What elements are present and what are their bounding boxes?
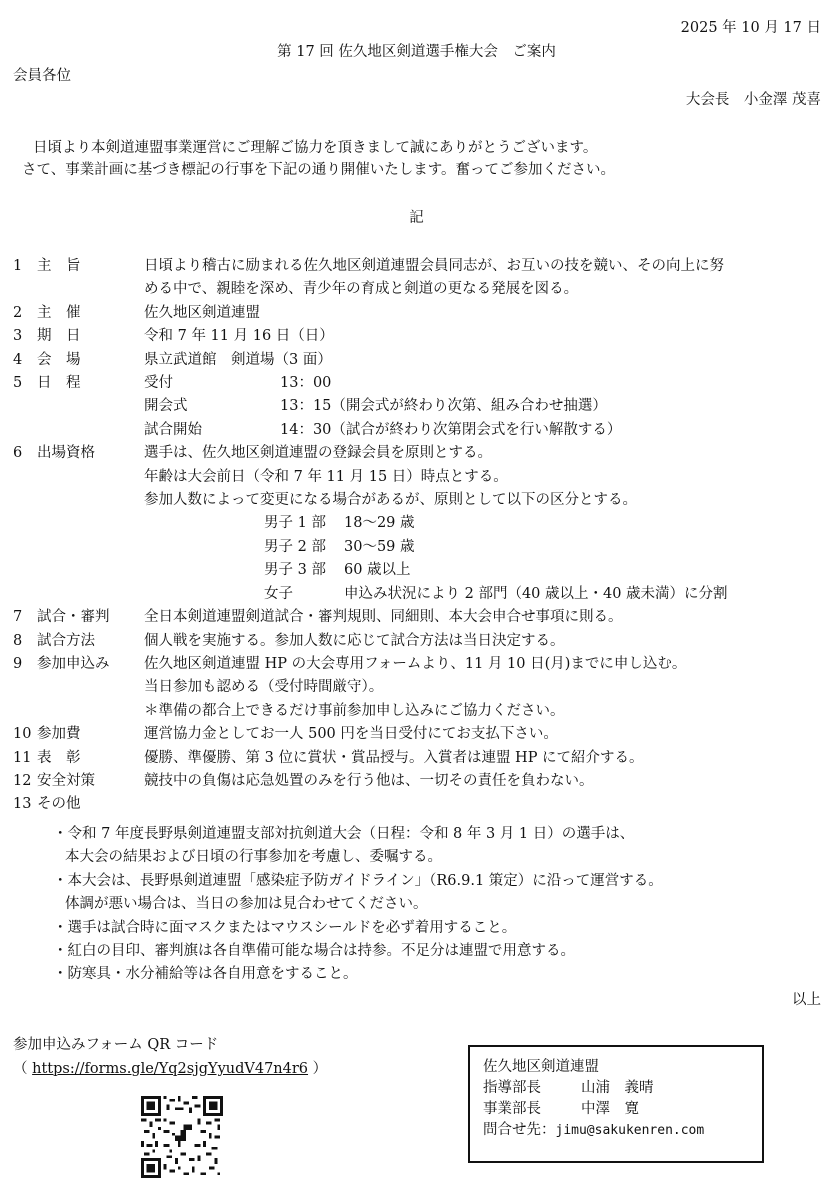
division-row: 女子申込み状況により 2 部門（40 歳以上・40 歳未満）に分割 (144, 583, 828, 606)
greeting-line-2: さて、事業計画に基づき標記の行事を下記の通り開催いたします。奮ってご参加ください… (22, 160, 615, 180)
item-label: 安全対策 (37, 770, 95, 793)
schedule-row: 試合開始14：30（試合が終わり次第閉会式を行い解散する） (144, 419, 828, 442)
item-number: 11 (13, 747, 35, 770)
contact-name: 中澤 寛 (581, 1101, 639, 1117)
item-text: 運営協力金としてお一人 500 円を当日受付にてお支払下さい。 (144, 723, 828, 746)
qr-label: 参加申込みフォーム QR コード (13, 1035, 218, 1055)
item-number: 13 (13, 793, 35, 816)
schedule-name: 受付 (144, 372, 280, 395)
item-number: 10 (13, 723, 35, 746)
item-text: ＊準備の都合上できるだけ事前参加申し込みにご協力ください。 (144, 700, 828, 723)
item-application: 9 参加申込み 佐久地区剣道連盟 HP の大会専用フォームより、11 月 10 … (13, 653, 828, 723)
item-text: 日頃より稽古に励まれる佐久地区剣道連盟会員同志が、お互いの技を競い、その向上に努 (144, 255, 828, 278)
item-fee: 10 参加費 運営協力金としてお一人 500 円を当日受付にてお支払下さい。 (13, 723, 828, 746)
schedule-time: 13：15（開会式が終わり次第、組み合わせ抽選） (280, 398, 607, 414)
schedule-name: 試合開始 (144, 419, 280, 442)
qr-url-line: （ https://forms.gle/Yq2sjgYyudV47n4r6 ） (13, 1059, 327, 1079)
qr-code-icon[interactable] (141, 1096, 223, 1178)
contact-row: 事業部長中澤 寛 (483, 1099, 639, 1119)
contact-row: 指導部長山浦 義晴 (483, 1078, 654, 1098)
item-number: 9 (13, 653, 35, 676)
note-line-cont: 体調が悪い場合は、当日の参加は見合わせてください。 (53, 893, 663, 916)
item-label: 参加費 (37, 723, 81, 746)
ki-heading: 記 (0, 208, 833, 228)
item-purpose: 1 主 旨 日頃より稽古に励まれる佐久地区剣道連盟会員同志が、お互いの技を競い、… (13, 255, 828, 302)
division-value: 30〜59 歳 (344, 539, 415, 555)
contact-role: 指導部長 (483, 1078, 581, 1098)
closing-mark: 以上 (792, 990, 821, 1010)
item-date: 3 期 日 令和 7 年 11 月 16 日（日） (13, 325, 828, 348)
item-text: 個人戦を実施する。参加人数に応じて試合方法は当日決定する。 (144, 630, 828, 653)
schedule-row: 開会式13：15（開会式が終わり次第、組み合わせ抽選） (144, 395, 828, 418)
item-label: 主 旨 (37, 255, 81, 278)
schedule-time: 13：00 (280, 375, 331, 391)
item-number: 5 (13, 372, 35, 395)
schedule-time: 14：30（試合が終わり次第閉会式を行い解散する） (280, 422, 621, 438)
item-method: 8 試合方法 個人戦を実施する。参加人数に応じて試合方法は当日決定する。 (13, 630, 828, 653)
item-label: その他 (37, 793, 81, 816)
note-line: ・防寒具・水分補給等は各自用意をすること。 (53, 963, 663, 986)
item-label: 期 日 (37, 325, 81, 348)
division-name: 女子 (264, 583, 344, 606)
item-text: 参加人数によって変更になる場合があるが、原則として以下の区分とする。 (144, 489, 828, 512)
item-text: 年齢は大会前日（令和 7 年 11 月 15 日）時点とする。 (144, 466, 828, 489)
item-safety: 12 安全対策 競技中の負傷は応急処置のみを行う他は、一切その責任を負わない。 (13, 770, 828, 793)
close-paren: ） (313, 1061, 328, 1077)
division-row: 男子 3 部60 歳以上 (144, 559, 828, 582)
item-eligibility: 6 出場資格 選手は、佐久地区剣道連盟の登録会員を原則とする。 年齢は大会前日（… (13, 442, 828, 606)
division-value: 申込み状況により 2 部門（40 歳以上・40 歳未満）に分割 (344, 586, 728, 602)
addressee: 会員各位 (13, 66, 71, 86)
item-number: 2 (13, 302, 35, 325)
item-label: 主 催 (37, 302, 81, 325)
contact-inquiry: 問合せ先：jimu@sakukenren.com (483, 1120, 704, 1141)
greeting-line-1: 日頃より本剣道連盟事業運営にご理解ご協力を頂きまして誠にありがとうございます。 (33, 138, 597, 158)
item-label: 出場資格 (37, 442, 95, 465)
item-label: 参加申込み (37, 653, 110, 676)
other-notes: ・令和 7 年度長野県剣道連盟支部対抗剣道大会（日程：令和 8 年 3 月 1 … (53, 823, 663, 987)
item-text: 当日参加も認める（受付時間厳守）。 (144, 676, 828, 699)
item-label: 表 彰 (37, 747, 81, 770)
item-text: 佐久地区剣道連盟 HP の大会専用フォームより、11 月 10 日(月)までに申… (144, 653, 828, 676)
document-title: 第 17 回 佐久地区剣道選手権大会 ご案内 (0, 42, 833, 62)
division-name: 男子 3 部 (264, 559, 344, 582)
item-label: 試合・審判 (37, 606, 110, 629)
item-list: 1 主 旨 日頃より稽古に励まれる佐久地区剣道連盟会員同志が、お互いの技を競い、… (13, 255, 828, 817)
inquiry-label: 問合せ先： (483, 1122, 556, 1138)
item-text: 県立武道館 剣道場（3 面） (144, 349, 828, 372)
contact-email[interactable]: jimu@sakukenren.com (556, 1123, 705, 1138)
item-venue: 4 会 場 県立武道館 剣道場（3 面） (13, 349, 828, 372)
open-paren: （ (13, 1061, 28, 1077)
division-row: 男子 2 部30〜59 歳 (144, 536, 828, 559)
item-organizer: 2 主 催 佐久地区剣道連盟 (13, 302, 828, 325)
contact-org: 佐久地区剣道連盟 (483, 1057, 599, 1077)
division-name: 男子 1 部 (264, 512, 344, 535)
contact-box: 佐久地区剣道連盟 指導部長山浦 義晴 事業部長中澤 寛 問合せ先：jimu@sa… (468, 1045, 764, 1163)
item-label: 日 程 (37, 372, 81, 395)
item-text: 全日本剣道連盟剣道試合・審判規則、同細則、本大会申合せ事項に則る。 (144, 606, 828, 629)
note-line: ・令和 7 年度長野県剣道連盟支部対抗剣道大会（日程：令和 8 年 3 月 1 … (53, 823, 663, 846)
contact-role: 事業部長 (483, 1099, 581, 1119)
note-line-cont: 本大会の結果および日頃の行事参加を考慮し、委嘱する。 (53, 846, 663, 869)
item-text: 令和 7 年 11 月 16 日（日） (144, 325, 828, 348)
item-label: 会 場 (37, 349, 81, 372)
note-line: ・選手は試合時に面マスクまたはマウスシールドを必ず着用すること。 (53, 917, 663, 940)
item-number: 4 (13, 349, 35, 372)
item-awards: 11 表 彰 優勝、準優勝、第 3 位に賞状・賞品授与。入賞者は連盟 HP にて… (13, 747, 828, 770)
item-other: 13 その他 (13, 793, 828, 816)
item-number: 12 (13, 770, 35, 793)
item-rules: 7 試合・審判 全日本剣道連盟剣道試合・審判規則、同細則、本大会申合せ事項に則る… (13, 606, 828, 629)
item-text: 競技中の負傷は応急処置のみを行う他は、一切その責任を負わない。 (144, 770, 828, 793)
contact-name: 山浦 義晴 (581, 1080, 654, 1096)
item-text: 佐久地区剣道連盟 (144, 302, 828, 325)
item-number: 6 (13, 442, 35, 465)
item-number: 1 (13, 255, 35, 278)
note-line: ・紅白の目印、審判旗は各自準備可能な場合は持参。不足分は連盟で用意する。 (53, 940, 663, 963)
item-text-cont: める中で、親睦を深め、青少年の育成と剣道の更なる発展を図る。 (144, 278, 828, 301)
sender: 大会長 小金澤 茂喜 (686, 90, 821, 110)
item-schedule: 5 日 程 受付13：00 開会式13：15（開会式が終わり次第、組み合わせ抽選… (13, 372, 828, 442)
division-value: 60 歳以上 (344, 562, 411, 578)
document-date: 2025 年 10 月 17 日 (681, 18, 821, 38)
note-line: ・本大会は、長野県剣道連盟「感染症予防ガイドライン」（R6.9.1 策定）に沿っ… (53, 870, 663, 893)
schedule-row: 受付13：00 (144, 372, 828, 395)
item-number: 7 (13, 606, 35, 629)
item-number: 3 (13, 325, 35, 348)
item-label: 試合方法 (37, 630, 95, 653)
division-row: 男子 1 部18〜29 歳 (144, 512, 828, 535)
item-text: 優勝、準優勝、第 3 位に賞状・賞品授与。入賞者は連盟 HP にて紹介する。 (144, 747, 828, 770)
division-value: 18〜29 歳 (344, 515, 415, 531)
division-name: 男子 2 部 (264, 536, 344, 559)
form-url-link[interactable]: https://forms.gle/Yq2sjgYyudV47n4r6 (32, 1061, 308, 1077)
item-text: 選手は、佐久地区剣道連盟の登録会員を原則とする。 (144, 442, 828, 465)
item-number: 8 (13, 630, 35, 653)
schedule-name: 開会式 (144, 395, 280, 418)
